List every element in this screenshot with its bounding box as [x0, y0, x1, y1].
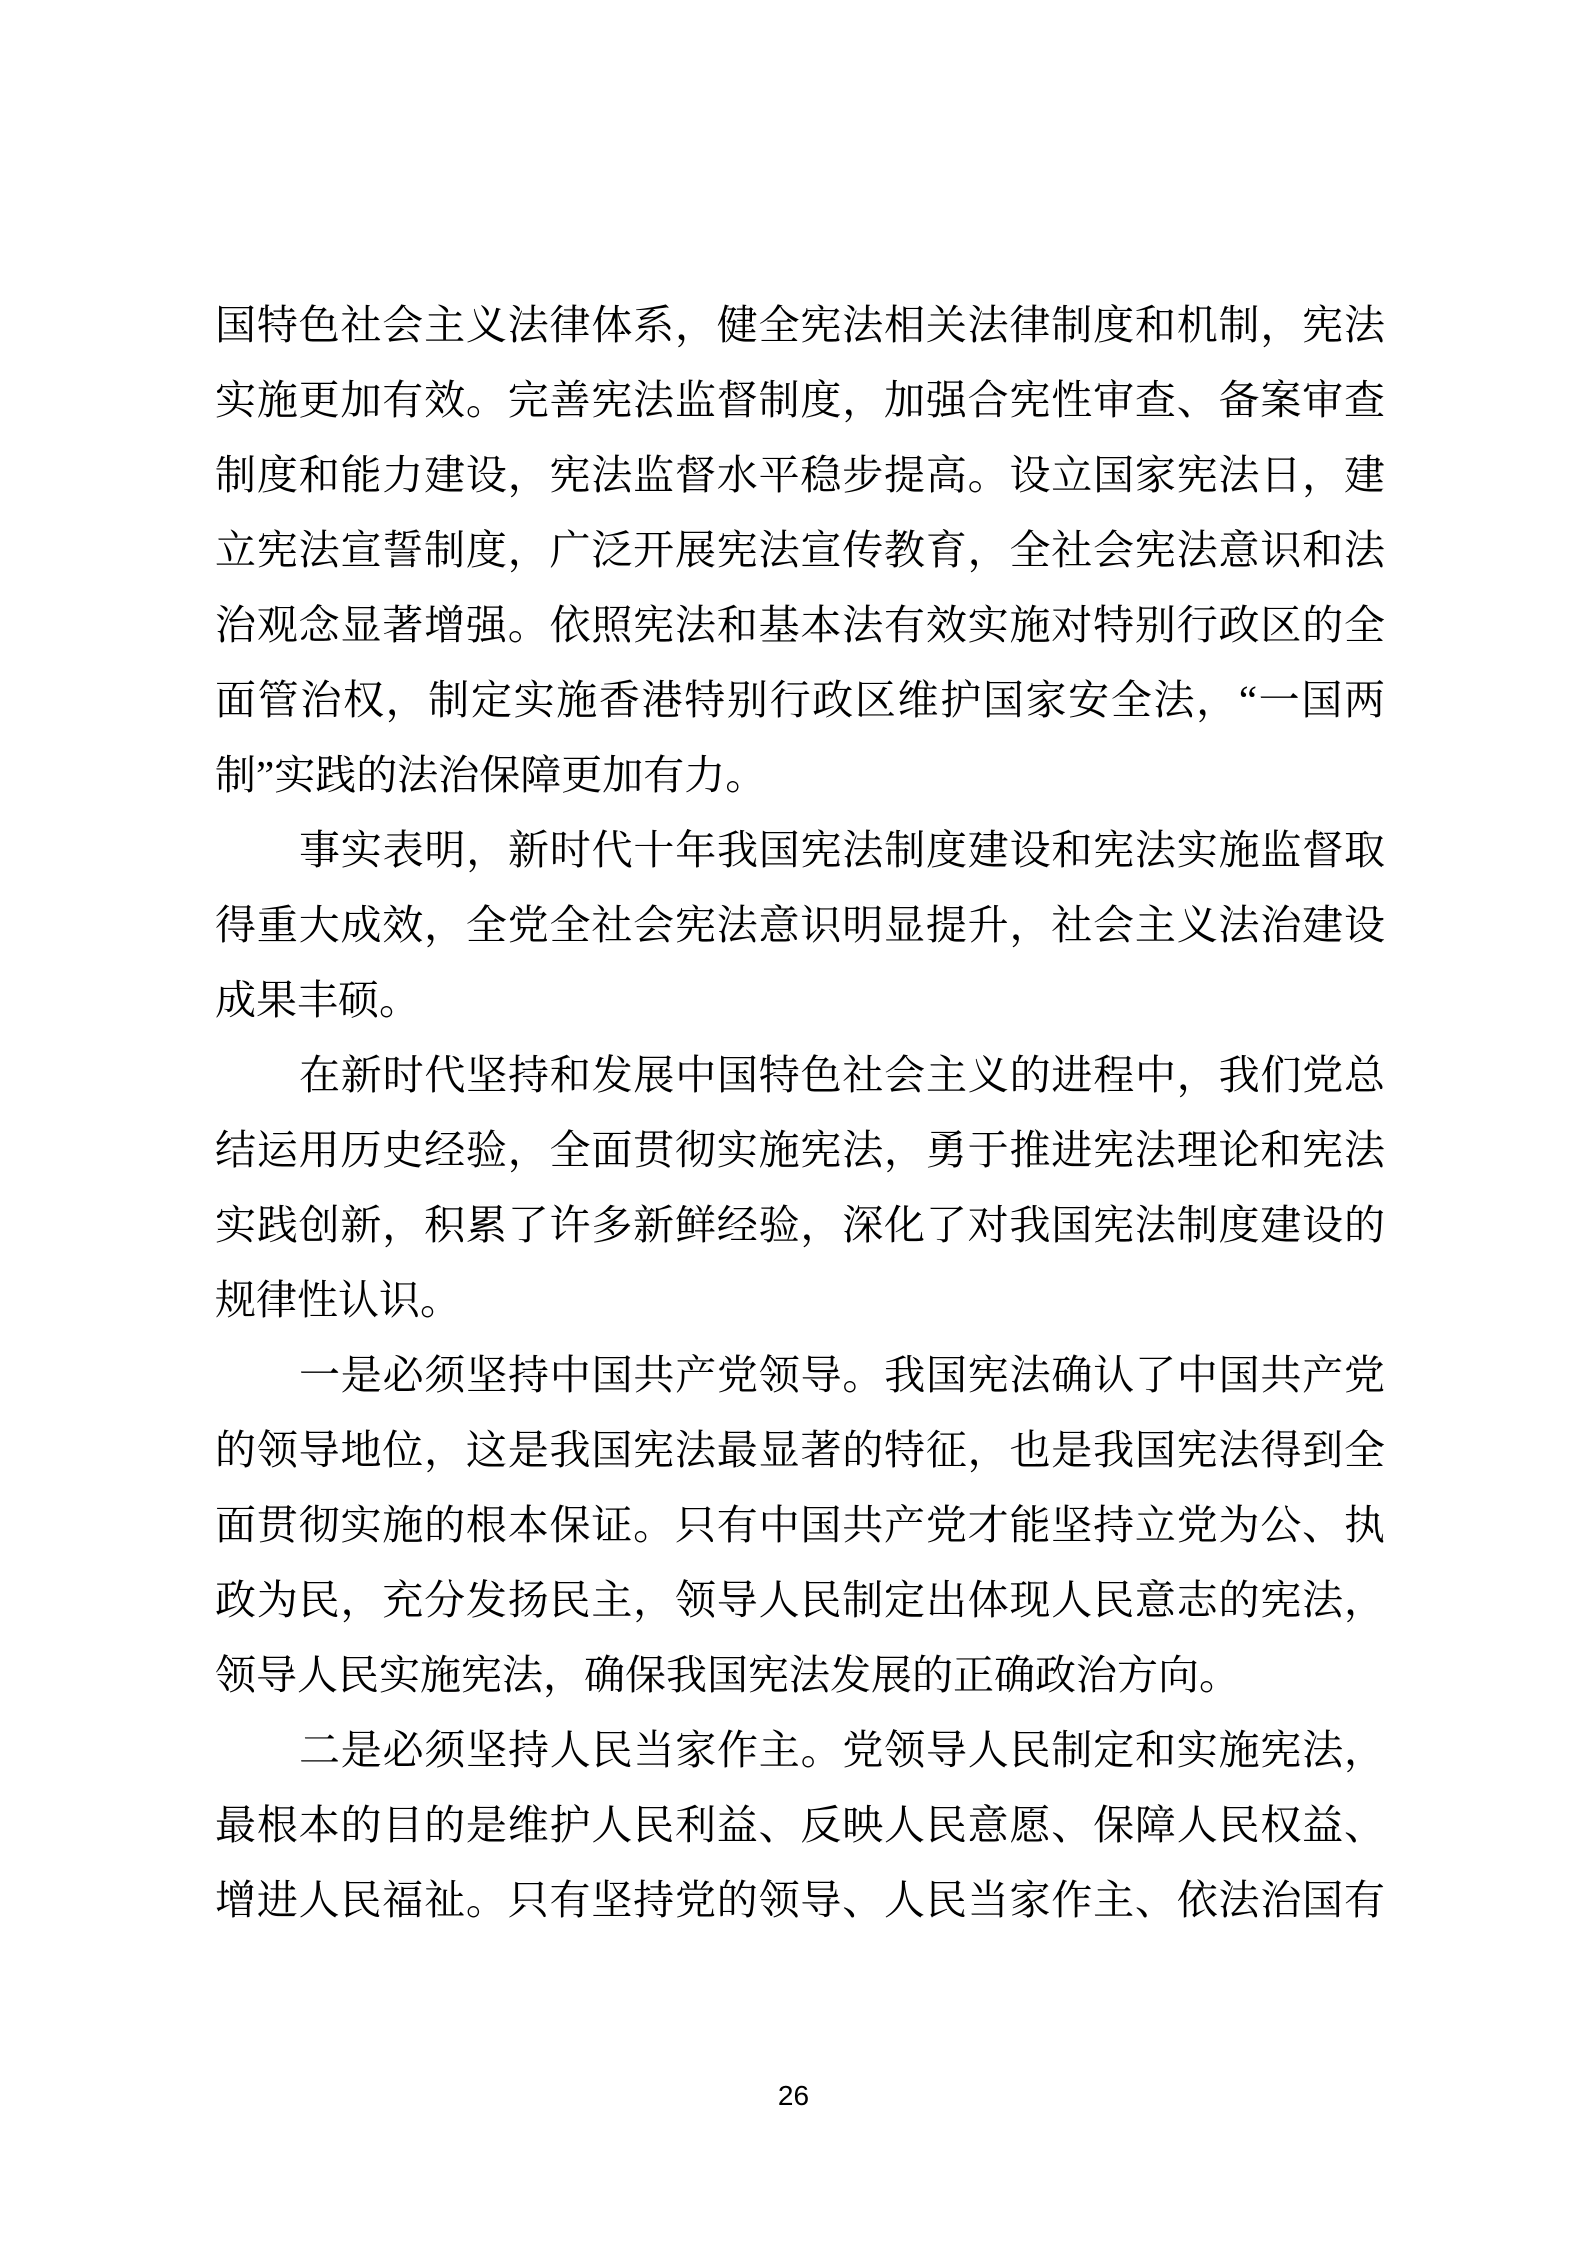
- paragraph-point-two: 二是必须坚持人民当家作主。党领导人民制定和实施宪法， 最根本的目的是维护人民利益…: [215, 1713, 1385, 1938]
- text-line: 领导人民实施宪法，确保我国宪法发展的正确政治方向。: [215, 1638, 1385, 1713]
- text-line: 制度和能力建设，宪法监督水平稳步提高。设立国家宪法日，建: [215, 438, 1385, 513]
- paragraph-facts: 事实表明，新时代十年我国宪法制度建设和宪法实施监督取 得重大成效，全党全社会宪法…: [215, 813, 1385, 1038]
- text-line: 事实表明，新时代十年我国宪法制度建设和宪法实施监督取: [215, 813, 1385, 888]
- text-line: 面贯彻实施的根本保证。只有中国共产党才能坚持立党为公、执: [215, 1488, 1385, 1563]
- text-line: 成果丰硕。: [215, 963, 1385, 1038]
- text-line: 制”实践的法治保障更加有力。: [215, 738, 1385, 813]
- text-line: 治观念显著增强。依照宪法和基本法有效实施对特别行政区的全: [215, 588, 1385, 663]
- text-line: 二是必须坚持人民当家作主。党领导人民制定和实施宪法，: [215, 1713, 1385, 1788]
- text-line: 的领导地位，这是我国宪法最显著的特征，也是我国宪法得到全: [215, 1413, 1385, 1488]
- text-line: 增进人民福祉。只有坚持党的领导、人民当家作主、依法治国有: [215, 1863, 1385, 1938]
- text-line: 在新时代坚持和发展中国特色社会主义的进程中，我们党总: [215, 1038, 1385, 1113]
- text-line: 国特色社会主义法律体系，健全宪法相关法律制度和机制，宪法: [215, 288, 1385, 363]
- text-line: 一是必须坚持中国共产党领导。我国宪法确认了中国共产党: [215, 1338, 1385, 1413]
- text-line: 最根本的目的是维护人民利益、反映人民意愿、保障人民权益、: [215, 1788, 1385, 1863]
- text-line: 政为民，充分发扬民主，领导人民制定出体现人民意志的宪法，: [215, 1563, 1385, 1638]
- page-footer: 26: [0, 2080, 1587, 2112]
- paragraph-new-era: 在新时代坚持和发展中国特色社会主义的进程中，我们党总 结运用历史经验，全面贯彻实…: [215, 1038, 1385, 1338]
- text-line: 规律性认识。: [215, 1263, 1385, 1338]
- document-page: 国特色社会主义法律体系，健全宪法相关法律制度和机制，宪法 实施更加有效。完善宪法…: [0, 0, 1587, 2245]
- document-body: 国特色社会主义法律体系，健全宪法相关法律制度和机制，宪法 实施更加有效。完善宪法…: [215, 288, 1385, 1938]
- text-line: 实践创新，积累了许多新鲜经验，深化了对我国宪法制度建设的: [215, 1188, 1385, 1263]
- text-line: 面管治权，制定实施香港特别行政区维护国家安全法，“一国两: [215, 663, 1385, 738]
- text-line: 实施更加有效。完善宪法监督制度，加强合宪性审查、备案审查: [215, 363, 1385, 438]
- page-number: 26: [778, 2080, 809, 2111]
- paragraph-point-one: 一是必须坚持中国共产党领导。我国宪法确认了中国共产党 的领导地位，这是我国宪法最…: [215, 1338, 1385, 1713]
- text-line: 结运用历史经验，全面贯彻实施宪法，勇于推进宪法理论和宪法: [215, 1113, 1385, 1188]
- text-line: 得重大成效，全党全社会宪法意识明显提升，社会主义法治建设: [215, 888, 1385, 963]
- paragraph-continuation: 国特色社会主义法律体系，健全宪法相关法律制度和机制，宪法 实施更加有效。完善宪法…: [215, 288, 1385, 813]
- text-line: 立宪法宣誓制度，广泛开展宪法宣传教育，全社会宪法意识和法: [215, 513, 1385, 588]
